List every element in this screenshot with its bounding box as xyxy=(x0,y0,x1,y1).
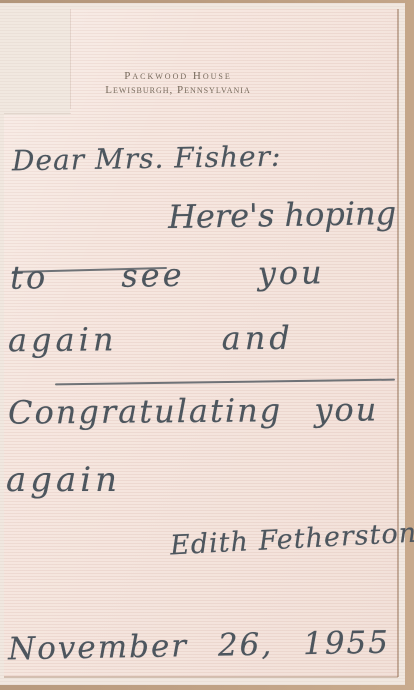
sheet-edge-shadow-right xyxy=(397,9,399,677)
body-line-3: again and xyxy=(8,319,294,359)
letterhead-location: Lewisburgh, Pennsylvania xyxy=(58,83,298,97)
letterhead-name: Packwood House xyxy=(58,69,298,83)
letterhead: Packwood House Lewisburgh, Pennsylvania xyxy=(58,69,298,98)
sheet-edge-shadow-bottom xyxy=(4,676,398,678)
sheet-corner-crease-horizontal xyxy=(4,113,71,114)
scanned-letter-photo: { "letterhead": { "line1": "Packwood Hou… xyxy=(0,0,414,690)
date-line: November 26, 1955 xyxy=(8,625,391,668)
body-line-4: Congratulating you xyxy=(8,390,379,431)
salutation-line: Dear Mrs. Fisher: xyxy=(12,140,282,178)
body-line-2: to see you xyxy=(10,253,325,296)
body-line-5: again xyxy=(6,460,121,500)
body-line-1: Here's hoping xyxy=(168,194,397,236)
